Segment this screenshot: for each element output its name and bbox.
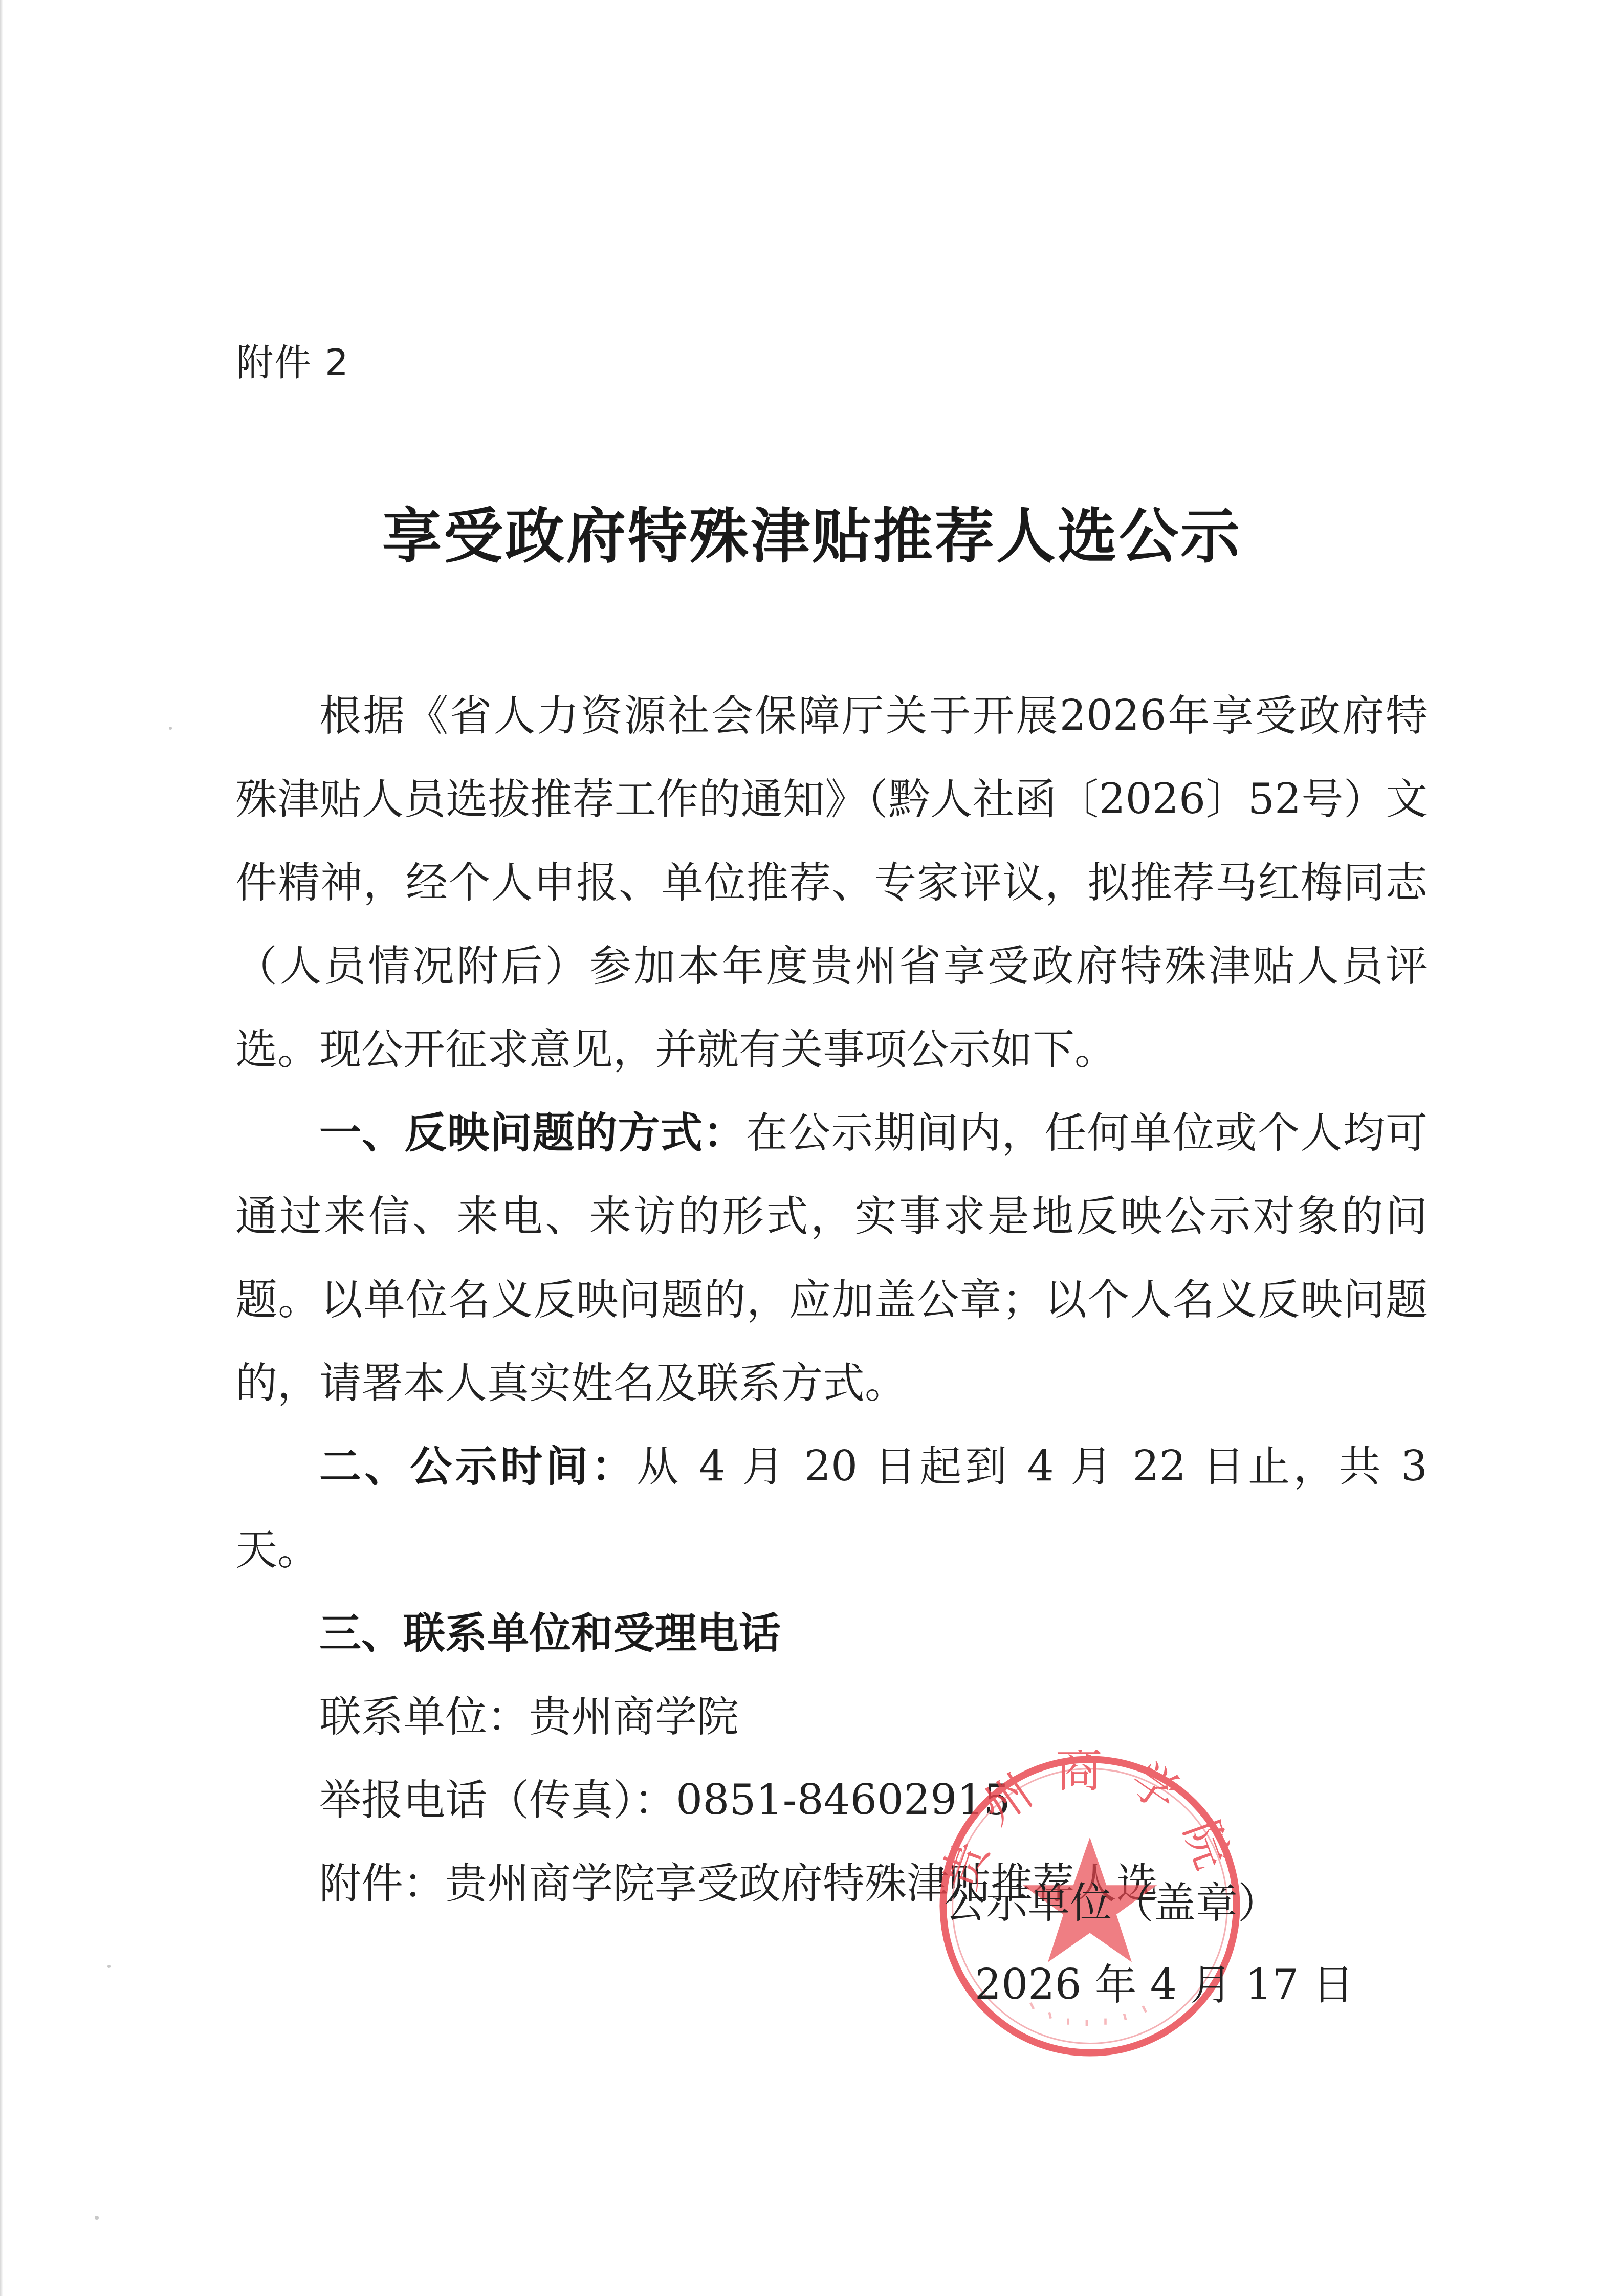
document-body: 根据《省人力资源社会保障厅关于开展2026年享受政府特殊津贴人员选拔推荐工作的通…	[235, 674, 1428, 1926]
section-2-heading: 二、公示时间：	[319, 1442, 637, 1491]
contact-phone-line: 举报电话（传真）：0851-84602915	[235, 1759, 1428, 1842]
page-edge	[0, 0, 3, 2296]
section-1-paragraph: 一、反映问题的方式：在公示期间内，任何单位或个人均可通过来信、来电、来访的形式，…	[235, 1091, 1428, 1425]
section-3-heading: 三、联系单位和受理电话	[319, 1609, 781, 1658]
signature-block: 公示单位（盖章） 2026 年 4 月 17 日	[944, 1863, 1354, 2026]
scan-speck	[95, 2216, 99, 2220]
section-3-paragraph: 三、联系单位和受理电话	[235, 1592, 1428, 1675]
section-1-heading: 一、反映问题的方式：	[319, 1109, 746, 1157]
scan-speck	[169, 727, 172, 730]
signature-unit: 公示单位（盖章）	[944, 1863, 1354, 1944]
contact-unit-line: 联系单位：贵州商学院	[235, 1675, 1428, 1759]
scan-speck	[107, 1965, 111, 1968]
intro-paragraph: 根据《省人力资源社会保障厅关于开展2026年享受政府特殊津贴人员选拔推荐工作的通…	[235, 674, 1428, 1091]
attachment-label: 附件 2	[236, 333, 349, 386]
scan-speck	[880, 1870, 883, 1875]
signature-date: 2026 年 4 月 17 日	[944, 1944, 1354, 2026]
document-title: 享受政府特殊津贴推荐人选公示	[0, 489, 1624, 574]
section-2-paragraph: 二、公示时间：从 4 月 20 日起到 4 月 22 日止，共 3 天。	[235, 1425, 1428, 1592]
